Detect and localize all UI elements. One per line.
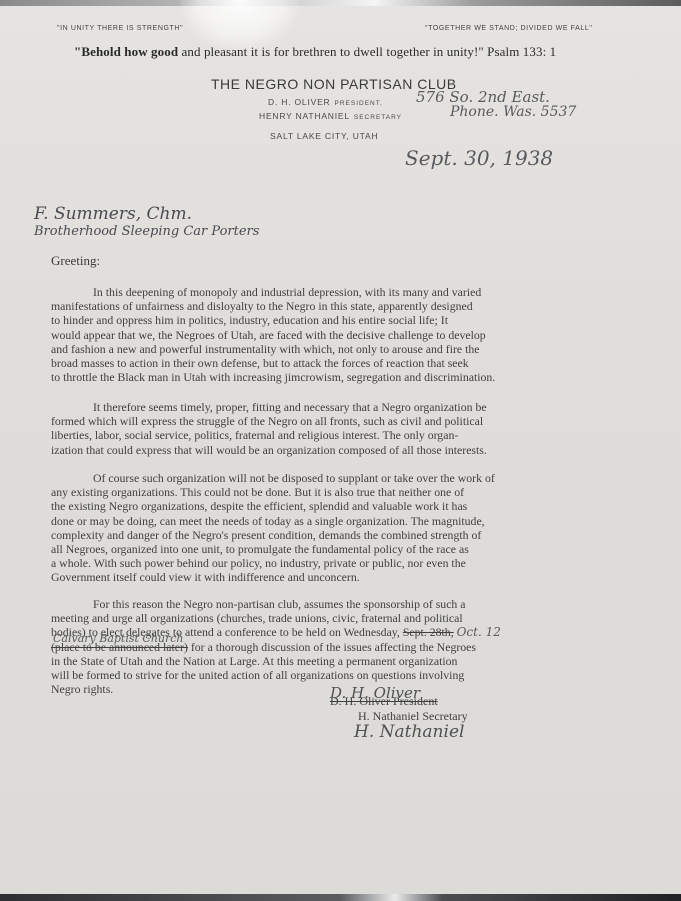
president-signature: D. H. Oliver	[330, 684, 420, 702]
handwritten-date: Sept. 30, 1938	[405, 146, 553, 170]
text-line: to throttle the Black man in Utah with i…	[51, 370, 631, 384]
psalm-rest: and pleasant it is for brethren to dwell…	[178, 44, 556, 59]
text-segment: for a thorough discussion of the issues …	[191, 640, 476, 654]
text-line: would appear that we, the Negroes of Uta…	[51, 328, 631, 342]
text-line: ization that could express that will wou…	[51, 443, 631, 457]
greeting: Greeting:	[51, 253, 100, 269]
paragraph-2: It therefore seems timely, proper, fitti…	[51, 400, 631, 457]
text-line: in the State of Utah and the Nation at L…	[51, 654, 631, 668]
paragraph-4: For this reason the Negro non-partisan c…	[51, 597, 631, 696]
text-line: all Negroes, organized into one unit, to…	[51, 542, 631, 556]
frame-bottom-edge	[0, 894, 681, 901]
handwritten-new-date: Oct. 12	[457, 625, 501, 639]
handwritten-new-place: Calvary Baptist Church	[53, 632, 184, 646]
text-line: It therefore seems timely, proper, fitti…	[51, 400, 631, 414]
president-name: D. H. OLIVER	[268, 97, 331, 107]
secretary-title: SECRETARY	[354, 114, 402, 121]
struck-date: Sept. 28th,	[403, 625, 454, 639]
text-line: will be formed to strive for the united …	[51, 668, 631, 682]
text-line: liberties, labor, social service, politi…	[51, 428, 631, 442]
text-line: broad masses to action in their own defe…	[51, 356, 631, 370]
text-line: Of course such organization will not be …	[51, 471, 631, 485]
motto-right: "TOGETHER WE STAND; DIVIDED WE FALL"	[425, 25, 593, 32]
psalm-quote: "Behold how good and pleasant it is for …	[74, 44, 556, 60]
paragraph-3: Of course such organization will not be …	[51, 471, 631, 585]
text-line: manifestations of unfairness and disloya…	[51, 299, 631, 313]
text-line: the existing Negro organizations, despit…	[51, 499, 631, 513]
recipient-org: Brotherhood Sleeping Car Porters	[34, 224, 259, 239]
text-line: In this deepening of monopoly and indust…	[51, 285, 631, 299]
text-line: formed which will express the struggle o…	[51, 414, 631, 428]
recipient-name: F. Summers, Chm.	[34, 204, 192, 224]
text-line: a whole. With such power behind our poli…	[51, 556, 631, 570]
text-line: done or may be doing, can meet the needs…	[51, 514, 631, 528]
president-title: PRESIDENT,	[335, 100, 383, 107]
text-line: meeting and urge all organizations (chur…	[51, 611, 631, 625]
handwritten-phone: Phone. Was. 5537	[450, 104, 576, 120]
paragraph-1: In this deepening of monopoly and indust…	[51, 285, 631, 384]
text-line: Government itself could view it with ind…	[51, 570, 631, 584]
text-line: and fashion a new and powerful instrumen…	[51, 342, 631, 356]
text-line: any existing organizations. This could n…	[51, 485, 631, 499]
text-line: to hinder and oppress him in politics, i…	[51, 313, 631, 327]
text-line: For this reason the Negro non-partisan c…	[51, 597, 631, 611]
president-line: D. H. OLIVERPRESIDENT,	[268, 97, 383, 107]
secretary-signature: H. Nathaniel	[354, 722, 464, 742]
text-line-with-edit: (place to be announced later) for a thor…	[51, 640, 631, 654]
secretary-line: HENRY NATHANIELSECRETARY	[259, 111, 402, 121]
motto-left: "IN UNITY THERE IS STRENGTH"	[57, 25, 183, 32]
city-line: SALT LAKE CITY, UTAH	[270, 131, 378, 141]
psalm-bold: "Behold how good	[74, 44, 178, 59]
text-line: complexity and danger of the Negro's pre…	[51, 528, 631, 542]
secretary-name: HENRY NATHANIEL	[259, 111, 350, 121]
